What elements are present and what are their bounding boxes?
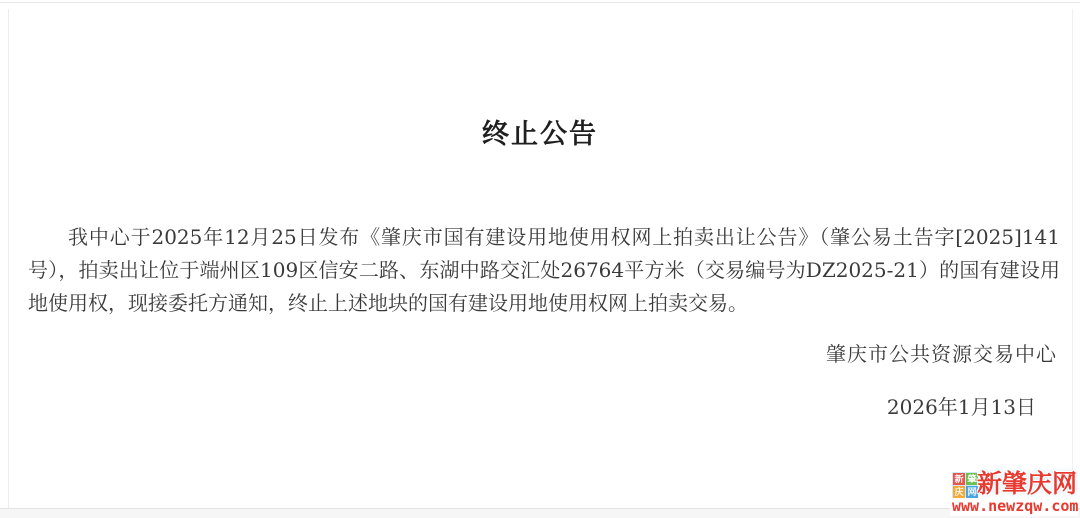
logo-tile-qing: 庆: [953, 486, 965, 498]
site-url: www.newzqw.com: [952, 497, 1077, 515]
top-edge-line: [0, 2, 1080, 3]
issuer-signature: 肇庆市公共资源交易中心: [0, 338, 1057, 367]
site-name: 新肇庆网: [977, 471, 1077, 497]
site-logo-icon: 新 肇 庆 网: [952, 472, 977, 497]
issue-date: 2026年1月13日: [0, 391, 1036, 420]
right-edge-line: [1072, 9, 1073, 509]
site-watermark-row: 新 肇 庆 网 新肇庆网: [952, 471, 1077, 497]
announcement-page: 终止公告 我中心于2025年12月25日发布《肇庆市国有建设用地使用权网上拍卖出…: [0, 0, 1080, 518]
announcement-body-paragraph: 我中心于2025年12月25日发布《肇庆市国有建设用地使用权网上拍卖出让公告》（…: [28, 221, 1060, 320]
page-title: 终止公告: [0, 112, 1080, 151]
site-watermark: 新 肇 庆 网 新肇庆网 www.newzqw.com: [950, 470, 1078, 516]
bottom-scroll-strip: [0, 508, 1080, 518]
left-edge-line: [8, 9, 9, 509]
logo-tile-xin: 新: [953, 473, 965, 485]
